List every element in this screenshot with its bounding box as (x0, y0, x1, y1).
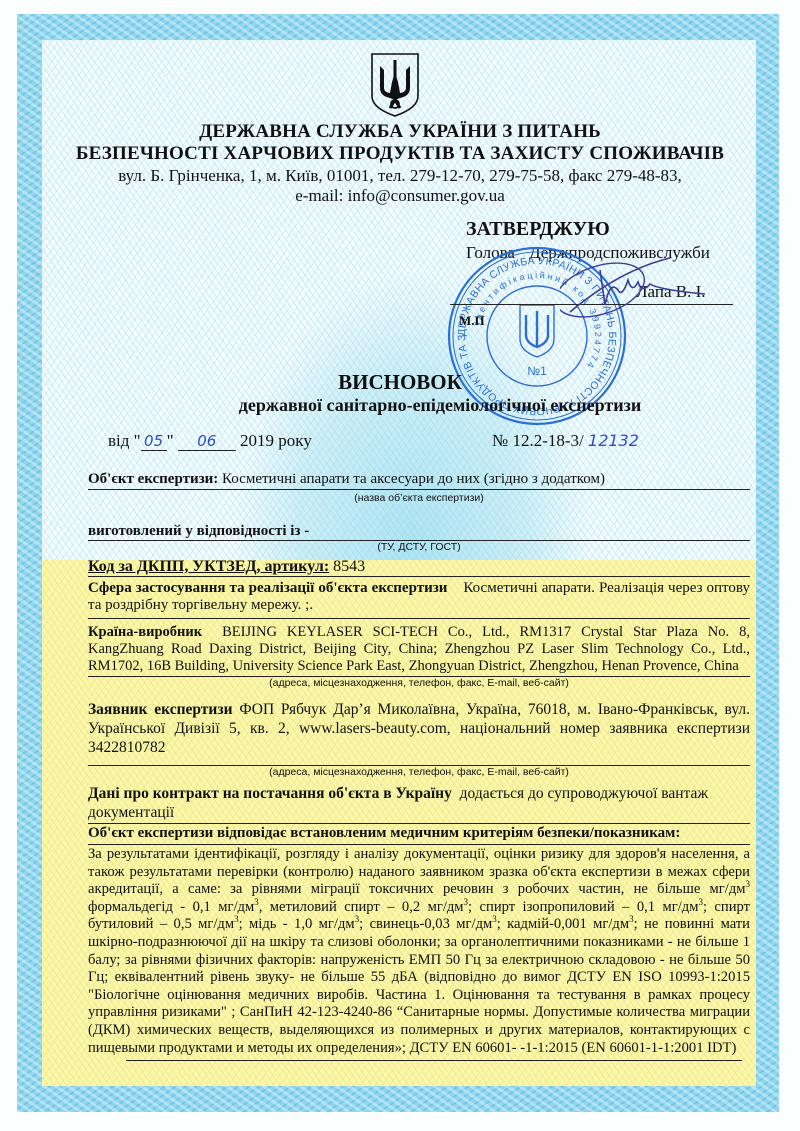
criteria-heading: Об'єкт експертизи відповідає встановлени… (88, 825, 750, 842)
applicant-caption: (адреса, місцезнаходження, телефон, факс… (88, 766, 750, 778)
divider (88, 576, 750, 577)
divider (88, 844, 750, 845)
org-address: вул. Б. Грінченка, 1, м. Київ, 01001, те… (0, 166, 800, 186)
country-caption: (адреса, місцезнаходження, телефон, факс… (88, 677, 750, 689)
org-name-line1: ДЕРЖАВНА СЛУЖБА УКРАЇНИ З ПИТАНЬ (0, 121, 800, 143)
seal-label: М.П (459, 313, 485, 329)
divider (88, 618, 750, 619)
divider (126, 1060, 742, 1061)
criteria-text: За результатами ідентифікації, розгляду … (88, 846, 750, 1057)
handwritten-signature-icon (560, 250, 710, 320)
document-title: ВИСНОВОК (0, 370, 800, 395)
org-name-line2: БЕЗПЕЧНОСТІ ХАРЧОВИХ ПРОДУКТІВ ТА ЗАХИСТ… (0, 143, 800, 165)
document-number-handwritten: 12132 (588, 431, 639, 450)
made-caption: (ТУ, ДСТУ, ГОСТ) (88, 541, 750, 553)
country-field: Країна-виробник BEIJING KEYLASER SCI-TEC… (88, 624, 750, 675)
document-content: ДЕРЖАВНА СЛУЖБА УКРАЇНИ З ПИТАНЬ БЕЗПЕЧН… (0, 0, 800, 1131)
scope-field: Сфера застосування та реалізації об'єкта… (88, 580, 750, 614)
org-email: e-mail: info@consumer.gov.ua (0, 186, 800, 206)
issue-date: від "05" 06 2019 року (108, 431, 312, 451)
divider (88, 489, 750, 490)
object-field: Об'єкт експертизи: Косметичні апарати та… (88, 471, 750, 488)
divider (88, 823, 750, 824)
approval-title: ЗАТВЕРДЖУЮ (466, 218, 610, 241)
trident-emblem-icon (370, 52, 420, 118)
code-field: Код за ДКПП, УКТЗЕД, артикул: 8543 (88, 558, 750, 575)
document-subtitle: державної санітарно-епідеміологічної екс… (40, 395, 800, 416)
document-number: № 12.2-18-3/ 12132 (492, 431, 639, 451)
applicant-field: Заявник експертизи ФОП Рябчук Дар’я Мико… (88, 700, 750, 757)
contract-field: Дані про контракт на постачання об'єкта … (88, 784, 750, 822)
date-day: 05 (141, 432, 167, 451)
object-caption: (назва об’єкта експертизи) (88, 492, 750, 504)
date-month: 06 (178, 432, 236, 451)
made-according-field: виготовлений у відповідності із - (88, 523, 750, 540)
